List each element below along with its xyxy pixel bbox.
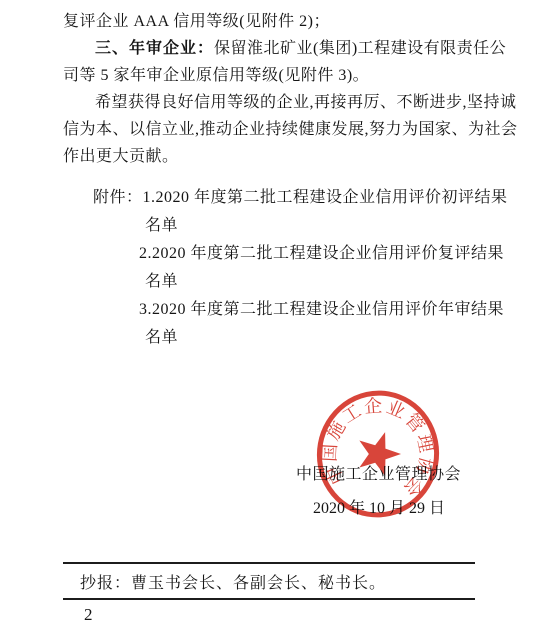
paragraph-2-line-2: 司等 5 家年审企业原信用等级(见附件 3)。 [63,62,478,89]
document-body: 复评企业 AAA 信用等级(见附件 2)； 三、年审企业：保留淮北矿业(集团)工… [63,8,478,352]
attachments-label: 附件： [93,189,143,206]
section-heading: 三、年审企业： [95,40,214,57]
attachment-1-title: 1.2020 年度第二批工程建设企业信用评价初评结果 [143,189,508,206]
attachments-list: 附件：1.2020 年度第二批工程建设企业信用评价初评结果 名单 2.2020 … [63,184,478,352]
attachment-1-continuation: 名单 [145,212,478,240]
signing-organization: 中国施工企业管理协会 [296,461,461,484]
seal-ring-text-holder: 中国施工企业管理协会 [314,388,442,505]
seal-ring-text: 中国施工企业管理协会 [314,388,442,505]
footer-divider-bottom [63,598,475,600]
paragraph-1-line-1: 复评企业 AAA 信用等级(见附件 2)； [63,8,478,35]
attachment-item-3: 3.2020 年度第二批工程建设企业信用评价年审结果 [139,296,478,324]
paragraph-2-line-1: 三、年审企业：保留淮北矿业(集团)工程建设有限责任公 [63,35,478,62]
paragraph-2-text: 保留淮北矿业(集团)工程建设有限责任公 [214,40,506,57]
attachment-3-continuation: 名单 [145,324,478,352]
signing-date: 2020 年 10 月 29 日 [313,495,445,518]
paragraph-3-line-3: 作出更大贡献。 [63,143,478,170]
page-number: 2 [84,605,93,625]
paragraph-3-line-1: 希望获得良好信用等级的企业,再接再厉、不断进步,坚持诚 [63,89,478,116]
footer-divider-top [63,562,475,564]
document-page: 复评企业 AAA 信用等级(见附件 2)； 三、年审企业：保留淮北矿业(集团)工… [0,0,541,632]
copy-to-note: 抄报：曹玉书会长、各副会长、秘书长。 [80,570,386,593]
attachment-item-2: 2.2020 年度第二批工程建设企业信用评价复评结果 [139,240,478,268]
attachment-2-continuation: 名单 [145,268,478,296]
paragraph-3-line-2: 信为本、以信立业,推动企业持续健康发展,努力为国家、为社会 [63,116,478,143]
attachment-item-1: 附件：1.2020 年度第二批工程建设企业信用评价初评结果 [93,184,478,212]
